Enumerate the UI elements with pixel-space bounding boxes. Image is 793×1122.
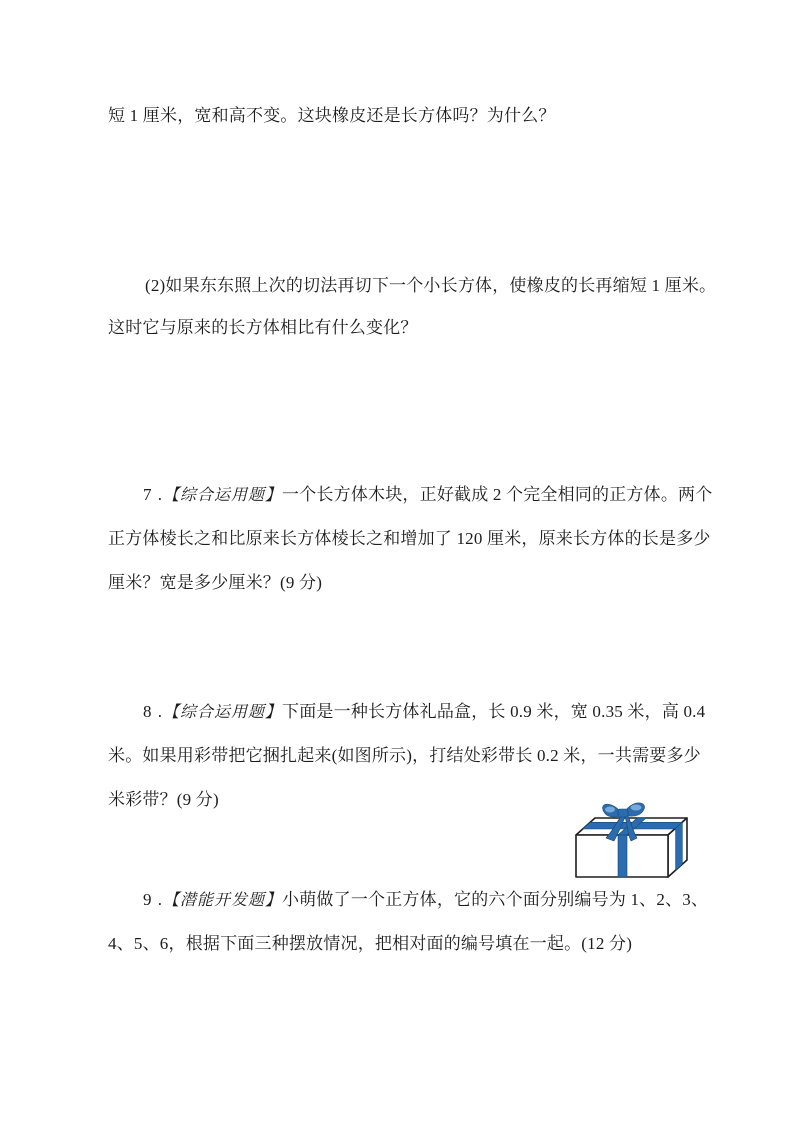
- question-8-text: 下面是一种长方体礼品盒，长 0.9 米，宽 0.35 米，高 0.4: [282, 702, 705, 721]
- question-8-type-tag: 【综合运用题】: [163, 704, 282, 721]
- question-7-line1: 7 .【综合运用题】一个长方体木块，正好截成 2 个完全相同的正方体。两个: [143, 484, 712, 507]
- bow-right-loop-highlight: [631, 805, 642, 811]
- question-6-part2-line2: 这时它与原来的长方体相比有什么变化？: [108, 317, 418, 339]
- bow-knot: [618, 809, 628, 817]
- bow-left-loop-highlight: [605, 807, 615, 813]
- ribbon-side-band: [676, 822, 683, 870]
- worksheet-page: 短 1 厘米，宽和高不变。这块橡皮还是长方体吗？为什么？ (2)如果东东照上次的…: [0, 0, 793, 1122]
- question-9-line1: 9 .【潜能开发题】小萌做了一个正方体，它的六个面分别编号为 1、2、3、: [143, 889, 708, 912]
- question-6-part2-line1: (2)如果东东照上次的切法再切下一个小长方体，使橡皮的长再缩短 1 厘米。: [145, 275, 716, 297]
- question-8-line1: 8 .【综合运用题】下面是一种长方体礼品盒，长 0.9 米，宽 0.35 米，高…: [143, 701, 705, 724]
- question-8-line3: 米彩带？(9 分): [108, 789, 219, 811]
- question-6-tail-line: 短 1 厘米，宽和高不变。这块橡皮还是长方体吗？为什么？: [108, 105, 556, 127]
- question-9-text: 小萌做了一个正方体，它的六个面分别编号为 1、2、3、: [282, 890, 708, 909]
- question-7-number: 7 .: [143, 485, 163, 504]
- question-7-text: 一个长方体木块，正好截成 2 个完全相同的正方体。两个: [282, 485, 712, 504]
- question-7-line3: 厘米？宽是多少厘米？(9 分): [108, 572, 322, 594]
- question-7-line2: 正方体棱长之和比原来长方体棱长之和增加了 120 厘米，原来长方体的长是多少: [108, 528, 711, 550]
- question-8-line2: 米。如果用彩带把它捆扎起来(如图所示)，打结处彩带长 0.2 米，一共需要多少: [108, 745, 701, 767]
- question-8-number: 8 .: [143, 702, 163, 721]
- gift-box-image: [569, 796, 691, 882]
- question-9-number: 9 .: [143, 890, 163, 909]
- question-9-type-tag: 【潜能开发题】: [163, 892, 282, 909]
- question-7-type-tag: 【综合运用题】: [163, 487, 282, 504]
- question-9-line2: 4、5、6，根据下面三种摆放情况，把相对面的编号填在一起。(12 分): [108, 933, 632, 955]
- ribbon-front-band: [618, 835, 627, 877]
